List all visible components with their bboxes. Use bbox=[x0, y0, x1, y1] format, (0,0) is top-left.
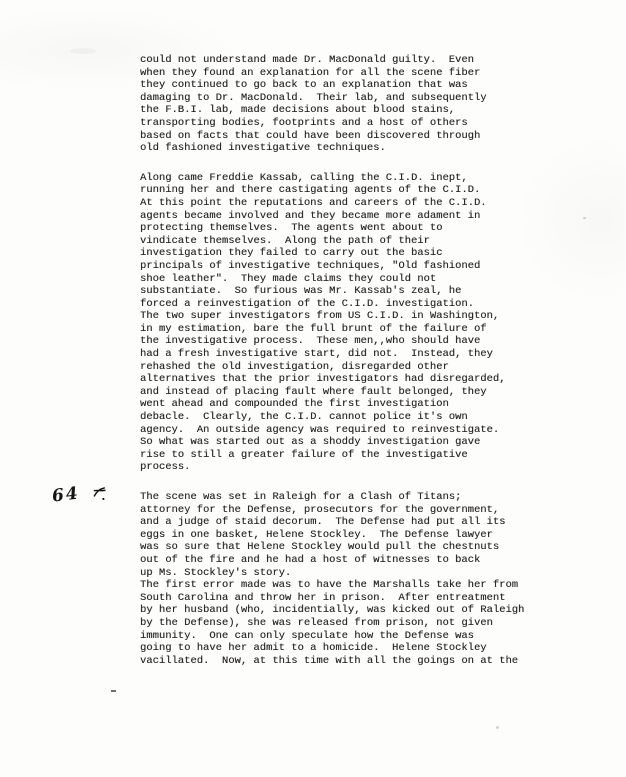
handwritten-squiggle-icon bbox=[91, 485, 108, 504]
handwritten-margin-annotation: 64 bbox=[52, 485, 107, 505]
paragraph-investigation-lab: could not understand made Dr. MacDonald … bbox=[140, 54, 580, 155]
scan-speckle bbox=[496, 726, 499, 729]
scan-speckle bbox=[70, 48, 96, 54]
paragraph-raleigh-trial: The scene was set in Raleigh for a Clash… bbox=[140, 491, 580, 667]
document-body: could not understand made Dr. MacDonald … bbox=[140, 54, 580, 684]
scanned-document-page: 64 could not understand made Dr. MacDona… bbox=[0, 0, 626, 777]
scan-speckle bbox=[111, 690, 116, 692]
paragraph-kassab-cid: Along came Freddie Kassab, calling the C… bbox=[140, 172, 580, 474]
handwritten-page-number: 64 bbox=[51, 483, 81, 506]
scan-speckle bbox=[583, 217, 586, 219]
